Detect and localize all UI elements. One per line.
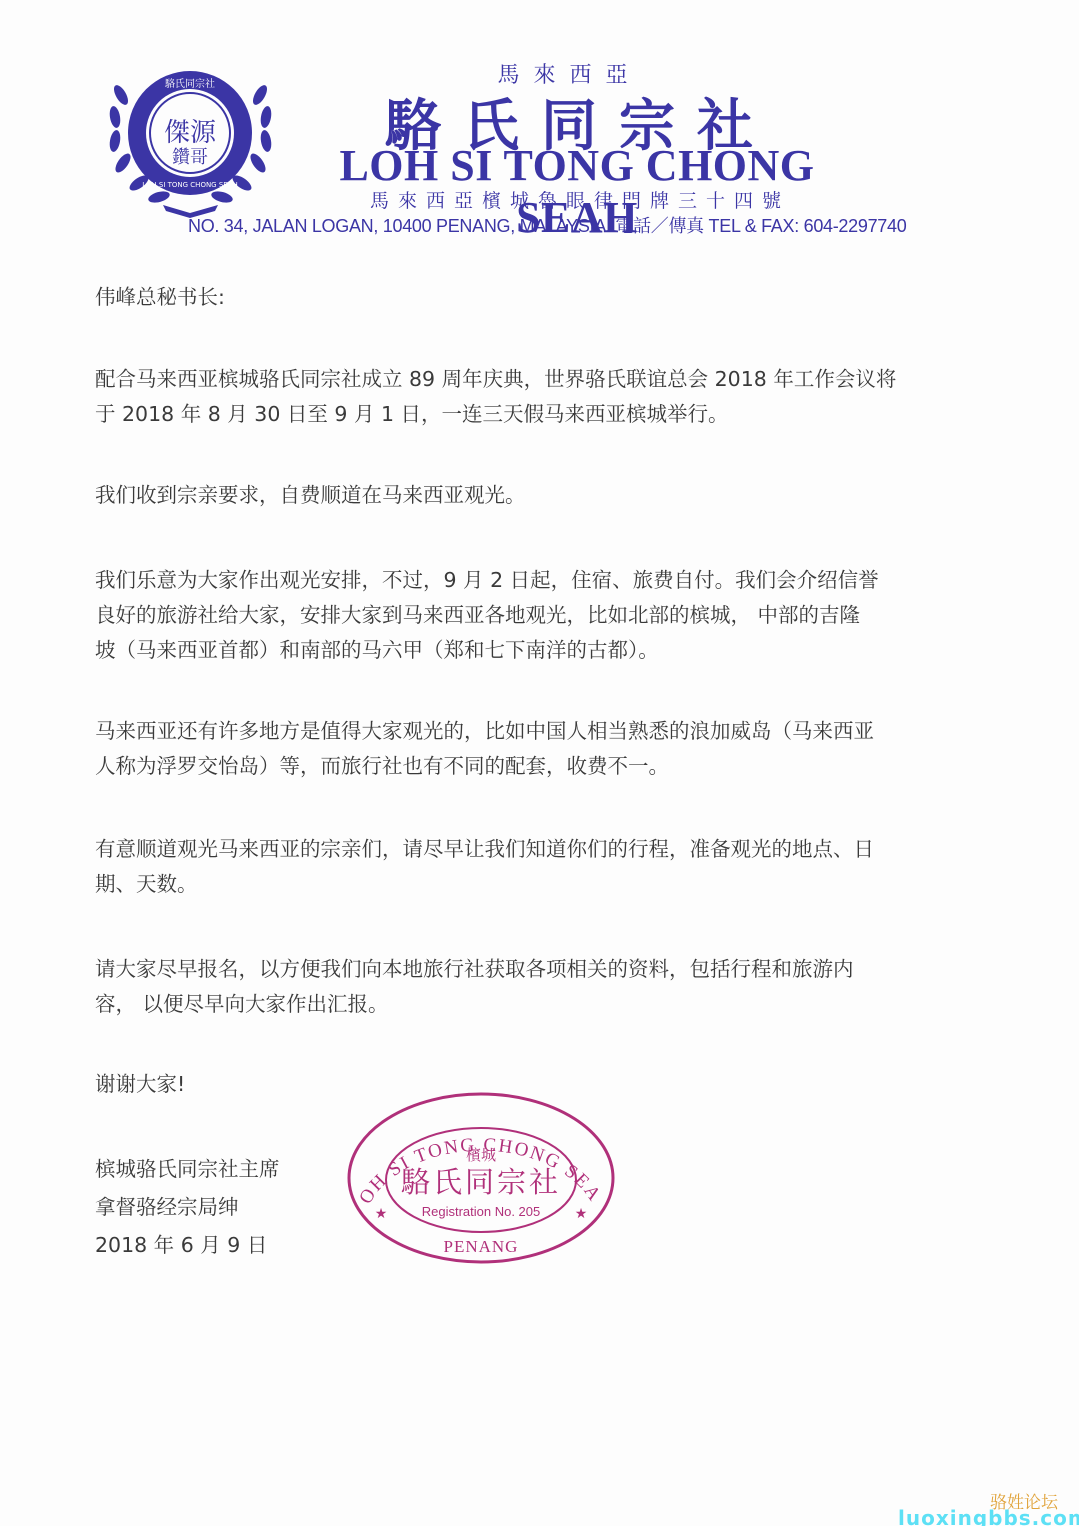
salutation: 伟峰总秘书长: xyxy=(95,280,995,315)
svg-text:鑽哥: 鑽哥 xyxy=(172,147,208,168)
svg-text:Registration No. 205: Registration No. 205 xyxy=(422,1204,541,1219)
svg-text:PENANG: PENANG xyxy=(444,1237,519,1256)
address-english: NO. 34, JALAN LOGAN, 10400 PENANG, MALAY… xyxy=(188,212,968,238)
letterhead: 駱氏同宗社 傑源 鑽哥 LOH SI TONG CHONG SEAH 馬來西亞 … xyxy=(0,0,1079,250)
paragraph-6: 请大家尽早报名，以方便我们向本地旅行社获取各项相关的资料，包括行程和旅游内 容，… xyxy=(95,952,995,1022)
watermark-url: luoxingbbs.com xyxy=(898,1506,1079,1526)
paragraph-4: 马来西亚还有许多地方是值得大家观光的，比如中国人相当熟悉的浪加威岛（马来西亚 人… xyxy=(95,714,995,784)
svg-text:檳城: 檳城 xyxy=(466,1146,496,1164)
paragraph-5: 有意顺道观光马来西亚的宗亲们，请尽早让我们知道你们的行程，准备观光的地点、日 期… xyxy=(95,832,995,902)
address-chinese: 馬來西亞檳城魯眼律門牌三十四號 xyxy=(310,186,850,213)
svg-text:★: ★ xyxy=(575,1206,588,1222)
paragraph-1: 配合马来西亚槟城骆氏同宗社成立 89 周年庆典，世界骆氏联谊总会 2018 年工… xyxy=(95,362,995,432)
svg-text:LOH SI TONG CHONG SEAH: LOH SI TONG CHONG SEAH xyxy=(142,181,238,189)
svg-text:駱氏同宗社: 駱氏同宗社 xyxy=(400,1165,561,1199)
paragraph-3: 我们乐意为大家作出观光安排，不过，9 月 2 日起，住宿、旅费自付。我们会介绍信… xyxy=(95,563,995,668)
svg-text:★: ★ xyxy=(375,1206,388,1222)
svg-text:傑源: 傑源 xyxy=(164,118,217,148)
official-seal-stamp: LOH SI TONG CHONG SEAH 檳城 駱氏同宗社 Registra… xyxy=(345,1090,617,1266)
paragraph-2: 我们收到宗亲要求，自费顺道在马来西亚观光。 xyxy=(95,478,995,513)
